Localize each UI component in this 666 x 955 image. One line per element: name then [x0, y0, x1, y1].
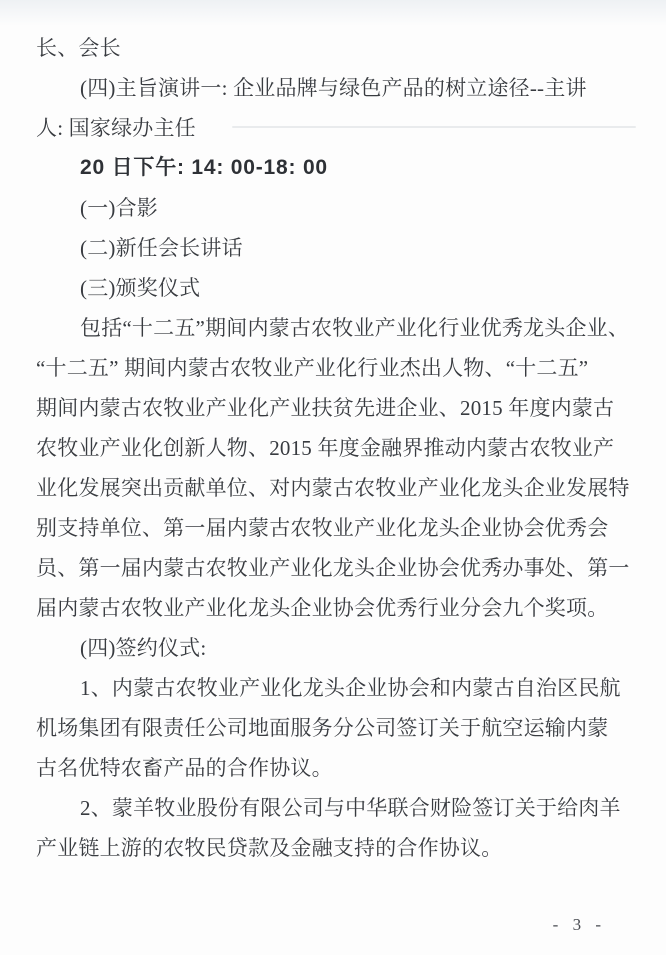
- text-line: “十二五” 期间内蒙古农牧业产业化行业杰出人物、“十二五”: [36, 348, 632, 388]
- text-line: 机场集团有限责任公司地面服务分公司签订关于航空运输内蒙: [36, 708, 632, 748]
- text-line: 人: 国家绿办主任: [36, 108, 632, 148]
- text-line: 业化发展突出贡献单位、对内蒙古农牧业产业化龙头企业发展特: [36, 468, 632, 508]
- text-line: 古名优特农畜产品的合作协议。: [36, 748, 632, 788]
- text-line: 包括“十二五”期间内蒙古农牧业产业化行业优秀龙头企业、: [36, 308, 632, 348]
- list-item-line: (二)新任会长讲话: [36, 228, 632, 268]
- list-item-line: (一)合影: [36, 188, 632, 228]
- text-line: 2、蒙羊牧业股份有限公司与中华联合财险签订关于给肉羊: [36, 788, 632, 828]
- text-line: 农牧业产业化创新人物、2015 年度金融界推动内蒙古农牧业产: [36, 428, 632, 468]
- document-body: 长、会长 (四)主旨演讲一: 企业品牌与绿色产品的树立途径--主讲 人: 国家绿…: [36, 28, 632, 868]
- time-heading-line: 20 日下午: 14: 00-18: 00: [36, 148, 632, 188]
- page-number: - 3 -: [553, 915, 606, 935]
- text-line: 员、第一届内蒙古农牧业产业化龙头企业协会优秀办事处、第一: [36, 548, 632, 588]
- text-line: (四)主旨演讲一: 企业品牌与绿色产品的树立途径--主讲: [36, 68, 632, 108]
- text-line: 届内蒙古农牧业产业化龙头企业协会优秀行业分会九个奖项。: [36, 588, 632, 628]
- text-line: 长、会长: [36, 28, 632, 68]
- text-line: 别支持单位、第一届内蒙古农牧业产业化龙头企业协会优秀会: [36, 508, 632, 548]
- list-item-line: (四)签约仪式:: [36, 628, 632, 668]
- text-line: 产业链上游的农牧民贷款及金融支持的合作协议。: [36, 828, 632, 868]
- text-line: 1、内蒙古农牧业产业化龙头企业协会和内蒙古自治区民航: [36, 668, 632, 708]
- scan-artifact-top-band: [0, 0, 666, 26]
- document-page: 长、会长 (四)主旨演讲一: 企业品牌与绿色产品的树立途径--主讲 人: 国家绿…: [0, 0, 666, 955]
- text-line: 期间内蒙古农牧业产业化产业扶贫先进企业、2015 年度内蒙古: [36, 388, 632, 428]
- list-item-line: (三)颁奖仪式: [36, 268, 632, 308]
